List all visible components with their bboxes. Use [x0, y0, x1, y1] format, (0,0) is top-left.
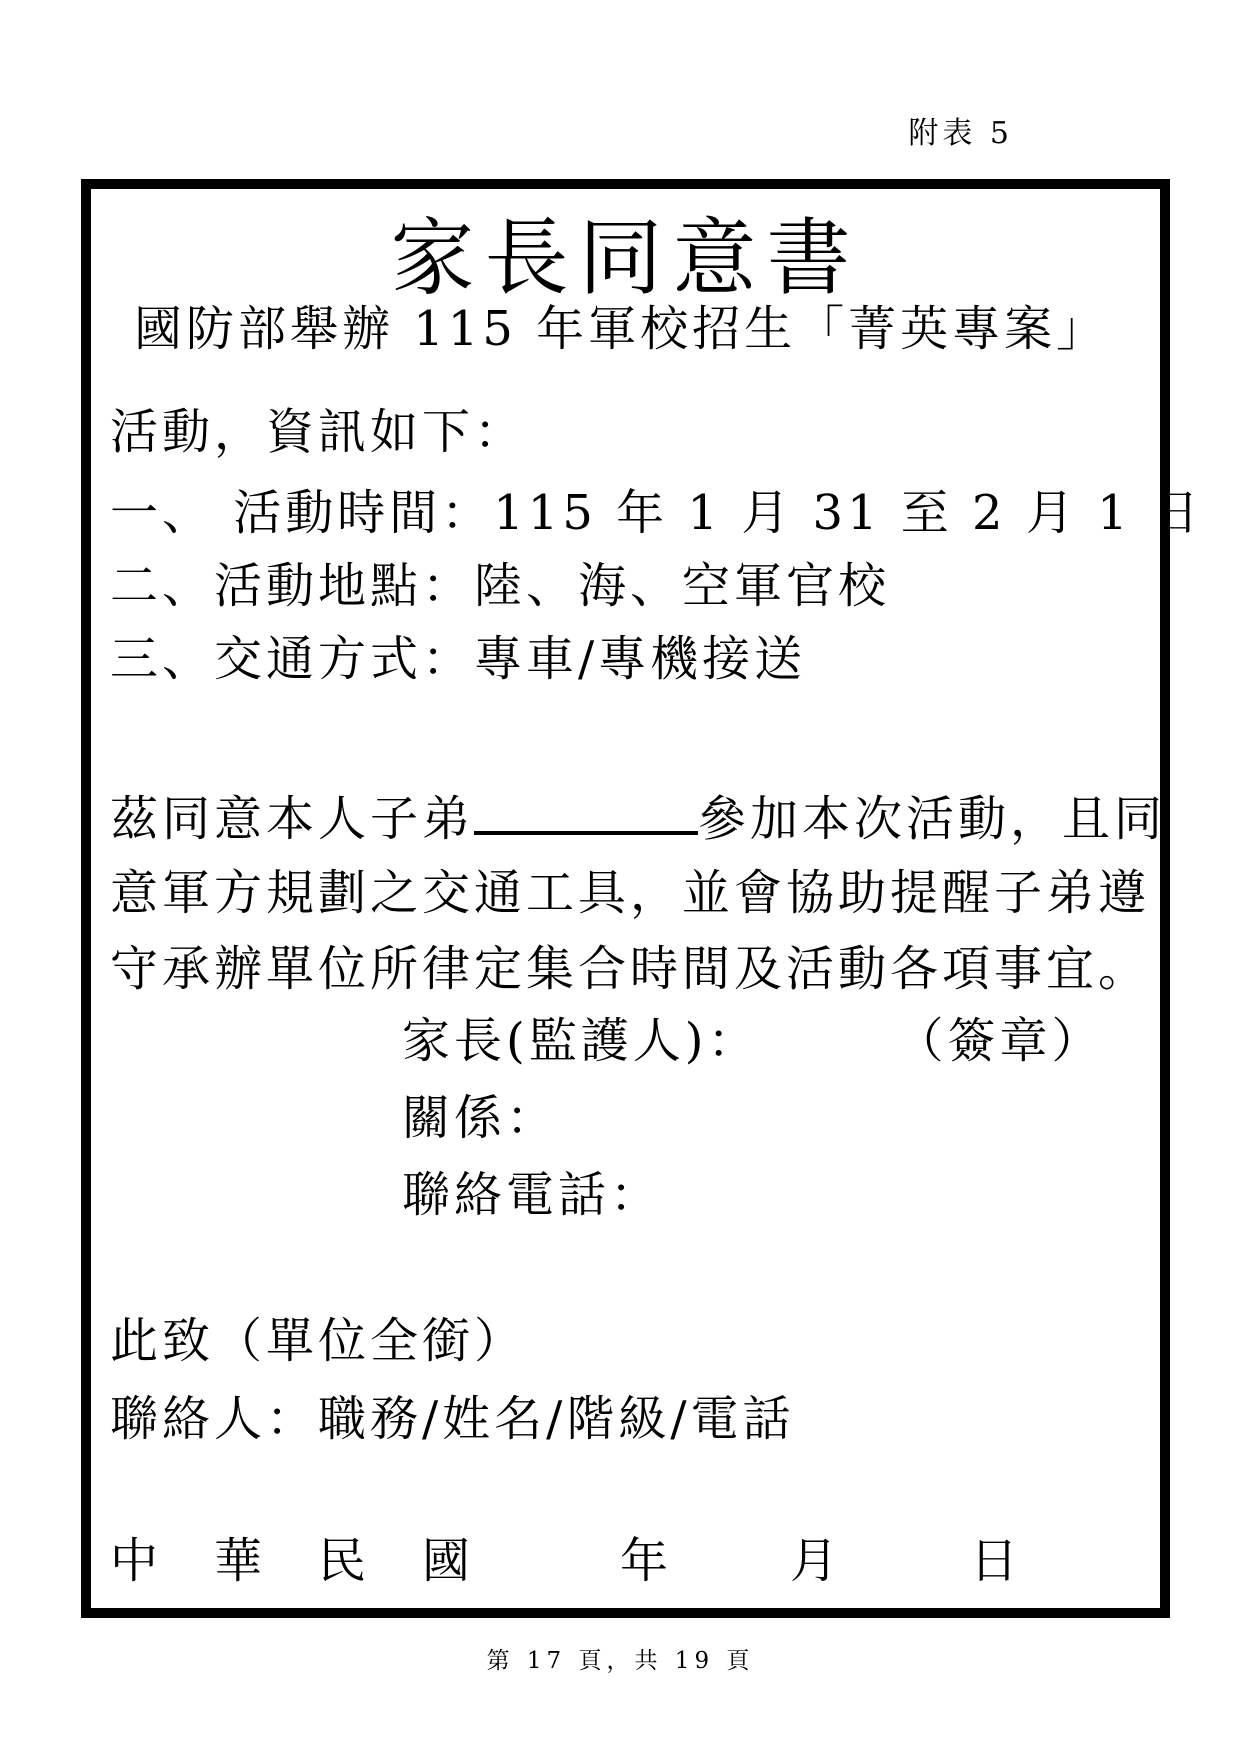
child-name-blank-line: [474, 831, 698, 835]
guardian-signature-row: 家長(監護人)：（簽章）: [402, 1013, 1146, 1069]
consent-text-before-blank: 茲同意本人子弟: [110, 791, 474, 847]
month-label: 月: [790, 1533, 842, 1589]
page-number-footer: 第 17 頁，共 19 頁: [0, 1642, 1241, 1675]
day-label: 日: [970, 1533, 1022, 1589]
seal-label: （簽章）: [919, 1013, 1103, 1069]
activity-time-item: 一、 活動時間：115 年 1 月 31 至 2 月 1 日: [110, 485, 1146, 541]
guardian-label: 家長(監護人)：: [402, 1013, 759, 1069]
year-label: 年: [620, 1533, 672, 1589]
addressee-line: 此致（單位全銜）: [110, 1313, 1146, 1369]
document-page: 附表 5 家長同意書 國防部舉辦 115 年軍校招生「菁英專案」 活動，資訊如下…: [0, 0, 1241, 1755]
form-title: 家長同意書: [91, 191, 1160, 312]
consent-text-after-blank: 參加本次活動，且同: [698, 791, 1166, 847]
activity-location-item: 二、活動地點：陸、海、空軍官校: [110, 558, 1146, 614]
consent-line-3: 守承辦單位所律定集合時間及活動各項事宜。: [110, 941, 1146, 997]
appendix-label: 附表 5: [908, 108, 1013, 152]
contact-phone-row: 聯絡電話：: [402, 1167, 1146, 1223]
intro-line-2: 活動，資訊如下：: [110, 404, 1146, 460]
relation-row: 關係：: [402, 1090, 1146, 1146]
consent-form-box: 家長同意書 國防部舉辦 115 年軍校招生「菁英專案」 活動，資訊如下： 一、 …: [81, 179, 1170, 1618]
roc-era-label: 中 華 民 國: [110, 1533, 474, 1589]
consent-line-1: 茲同意本人子弟參加本次活動，且同: [110, 791, 1146, 847]
transportation-item: 三、交通方式：專車/專機接送: [110, 631, 1146, 687]
roc-date-row: 中 華 民 國 年 月 日: [110, 1533, 1146, 1593]
intro-line-1: 國防部舉辦 115 年軍校招生「菁英專案」: [110, 301, 1146, 357]
contact-person-line: 聯絡人：職務/姓名/階級/電話: [110, 1391, 1146, 1447]
consent-line-2: 意軍方規劃之交通工具，並會協助提醒子弟遵: [110, 865, 1146, 921]
